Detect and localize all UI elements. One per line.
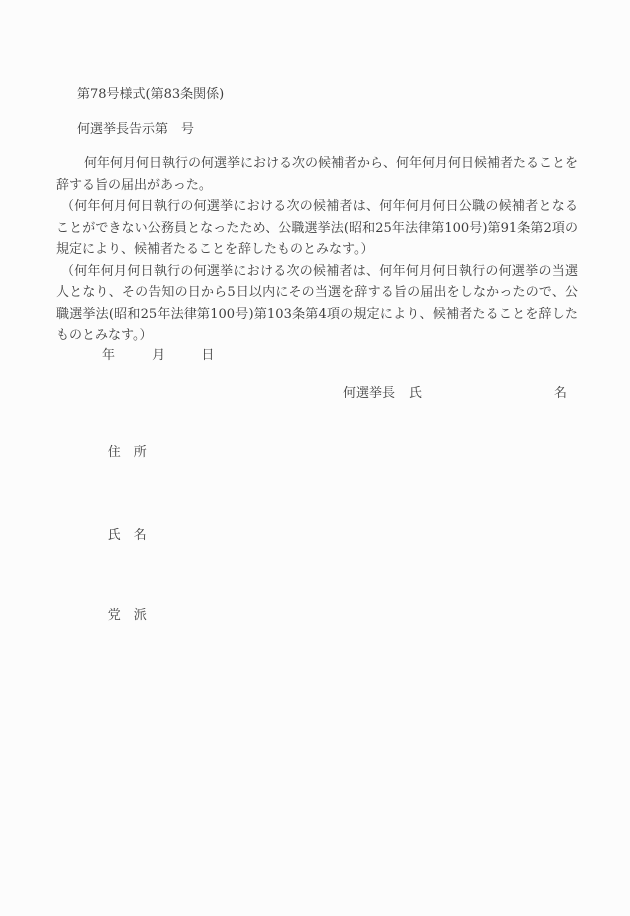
date-line: 年 月 日 — [56, 345, 578, 367]
form-number-heading: 第78号様式(第83条関係) — [77, 84, 578, 106]
body-paragraphs: 何年何月何日執行の何選挙における次の候補者から、何年何月何日候補者たることを辞す… — [56, 153, 578, 347]
party-field-label: 党 派 — [108, 608, 147, 623]
name-field-label: 氏 名 — [108, 528, 147, 543]
name-field: 氏 名 — [56, 503, 578, 568]
date-month-label: 月 — [152, 348, 165, 363]
address-field-label: 住 所 — [108, 445, 147, 460]
party-field: 党 派 — [56, 584, 578, 649]
election-officer-title: 何選挙長 — [343, 383, 395, 405]
deemed-resignation-elected-paragraph: （何年何月何日執行の何選挙における次の候補者は、何年何月何日執行の何選挙の当選人… — [56, 261, 578, 347]
address-field: 住 所 — [56, 421, 578, 486]
resignation-report-paragraph: 何年何月何日執行の何選挙における次の候補者から、何年何月何日候補者たることを辞す… — [56, 153, 578, 196]
election-officer-signature-line: 何選挙長 氏 名 — [56, 383, 578, 405]
date-year-label: 年 — [102, 348, 115, 363]
deemed-resignation-civil-servant-paragraph: （何年何月何日執行の何選挙における次の候補者は、何年何月何日公職の候補者となるこ… — [56, 196, 578, 261]
document-content: 第78号様式(第83条関係) 何選挙長告示第 号 何年何月何日執行の何選挙におけ… — [0, 0, 578, 648]
given-name-label: 名 — [554, 383, 567, 405]
form-document-page: 第78号様式(第83条関係) 何選挙長告示第 号 何年何月何日執行の何選挙におけ… — [0, 0, 630, 916]
family-name-label: 氏 — [409, 383, 422, 405]
date-day-label: 日 — [201, 348, 214, 363]
gazette-notice-number-line: 何選挙長告示第 号 — [77, 119, 578, 141]
